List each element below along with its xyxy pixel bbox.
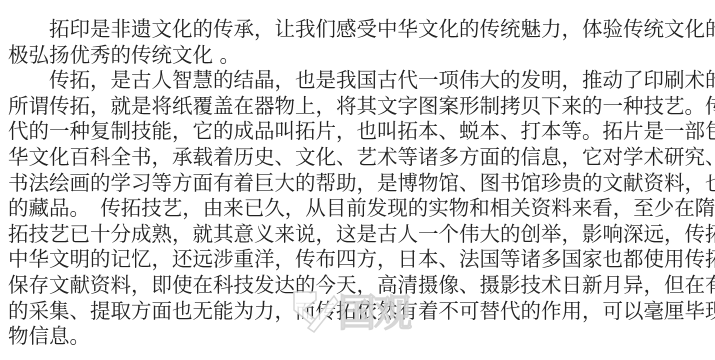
text-line: 中华文明的记忆，还远涉重洋，传布四方，日本、法国等诸多国家也都使用传拓技艺整理， [8, 247, 710, 273]
text-line: 极弘扬优秀的传统文化 。 [8, 43, 710, 69]
document-body: 拓印是非遗文化的传承，让我们感受中华文化的传统魅力，体验传统文化的内涵，积 极弘… [8, 17, 710, 350]
text-line: 保存文献资料，即使在科技发达的今天，高清摄像、摄影技术日新月异，但在有些文物信息 [8, 273, 710, 299]
text-line: 所谓传拓，就是将纸覆盖在器物上，将其文字图案形制拷贝下来的一种技艺。传拓是我国古 [8, 94, 710, 120]
text-line: 书法绘画的学习等方面有着巨大的帮助，是博物馆、图书馆珍贵的文献资料，也是藏家珍贵 [8, 171, 710, 197]
text-line: 拓印是非遗文化的传承，让我们感受中华文化的传统魅力，体验传统文化的内涵，积 [8, 17, 710, 43]
text-line: 的采集、提取方面也无能为力，而传拓依然有着不可替代的作用，可以毫厘毕现地采集到文 [8, 299, 710, 325]
text-line: 华文化百科全书，承载着历史、文化、艺术等诸多方面的信息，它对学术研究、艺术鉴赏、 [8, 145, 710, 171]
text-line: 拓技艺已十分成熟，就其意义来说，这是古人一个伟大的创举，影响深远，传拓不仅承载着 [8, 222, 710, 248]
text-line: 物信息。 [8, 324, 710, 350]
text-line: 的藏品。 传拓技艺，由来已久，从目前发现的实物和相关资料来看，至少在隋唐时期，传 [8, 196, 710, 222]
text-line: 代的一种复制技能，它的成品叫拓片，也叫拓本、蜕本、打本等。拓片是一部包罗万象的中 [8, 119, 710, 145]
text-line: 传拓，是古人智慧的结晶，也是我国古代一项伟大的发明，推动了印刷术的产生。 [8, 68, 710, 94]
